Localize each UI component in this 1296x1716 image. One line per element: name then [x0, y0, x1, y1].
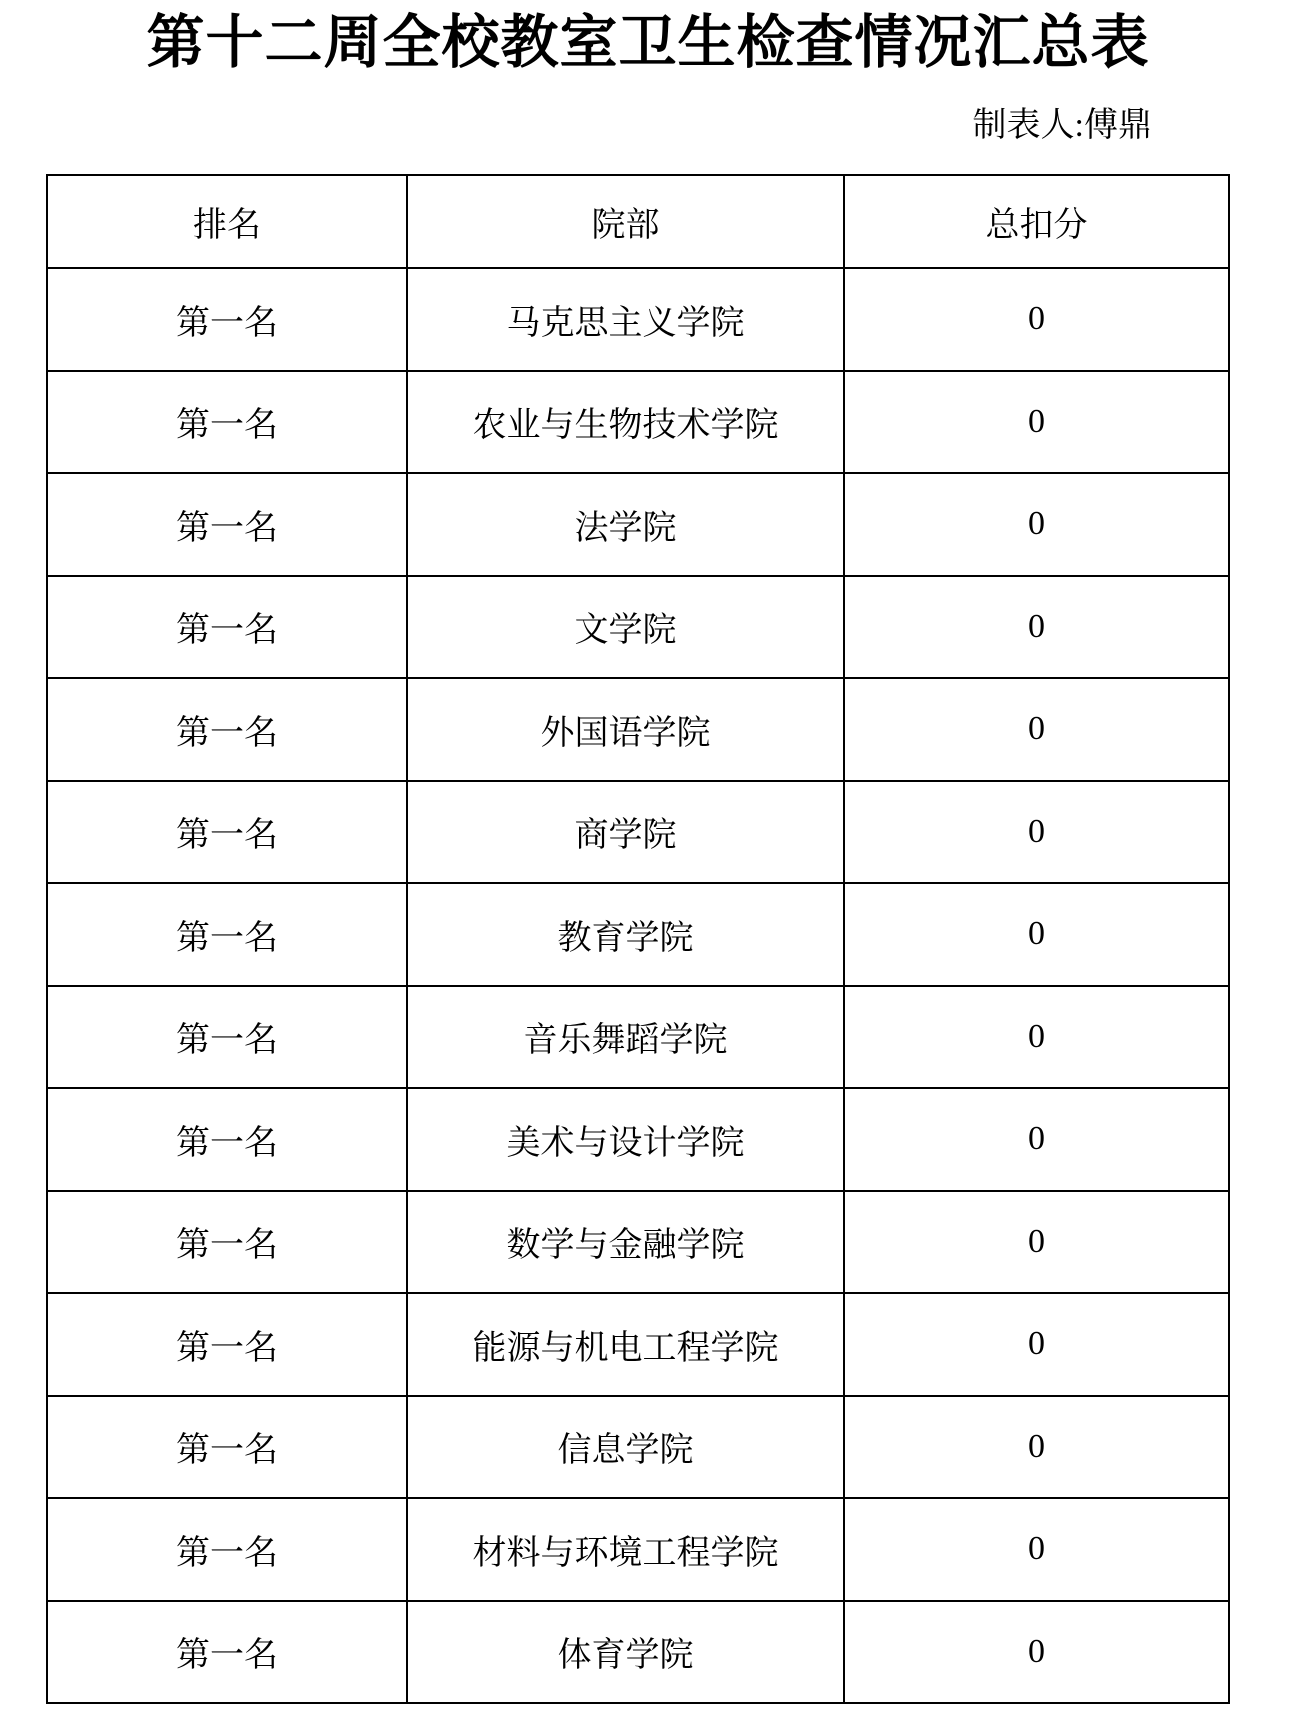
cell-department: 马克思主义学院 — [407, 268, 844, 371]
cell-department: 音乐舞蹈学院 — [407, 986, 844, 1089]
page-title: 第十二周全校教室卫生检查情况汇总表 — [0, 10, 1296, 77]
cell-deduction: 0 — [844, 576, 1229, 679]
cell-deduction: 0 — [844, 473, 1229, 576]
cell-department: 信息学院 — [407, 1396, 844, 1499]
column-header-deduction: 总扣分 — [844, 175, 1229, 268]
cell-rank: 第一名 — [47, 1088, 407, 1191]
column-header-rank: 排名 — [47, 175, 407, 268]
cell-department: 美术与设计学院 — [407, 1088, 844, 1191]
cell-department: 数学与金融学院 — [407, 1191, 844, 1294]
cell-rank: 第一名 — [47, 883, 407, 986]
table-row: 第一名能源与机电工程学院0 — [47, 1293, 1229, 1396]
table-row: 第一名农业与生物技术学院0 — [47, 371, 1229, 474]
cell-deduction: 0 — [844, 1293, 1229, 1396]
table-row: 第一名信息学院0 — [47, 1396, 1229, 1499]
cell-rank: 第一名 — [47, 576, 407, 679]
cell-deduction: 0 — [844, 1498, 1229, 1601]
hygiene-summary-table: 排名 院部 总扣分 第一名马克思主义学院0第一名农业与生物技术学院0第一名法学院… — [46, 174, 1230, 1704]
table-row: 第一名教育学院0 — [47, 883, 1229, 986]
cell-rank: 第一名 — [47, 781, 407, 884]
cell-deduction: 0 — [844, 1601, 1229, 1704]
table-header-row: 排名 院部 总扣分 — [47, 175, 1229, 268]
table-row: 第一名外国语学院0 — [47, 678, 1229, 781]
cell-deduction: 0 — [844, 268, 1229, 371]
cell-rank: 第一名 — [47, 1293, 407, 1396]
cell-department: 农业与生物技术学院 — [407, 371, 844, 474]
cell-rank: 第一名 — [47, 678, 407, 781]
table-row: 第一名马克思主义学院0 — [47, 268, 1229, 371]
cell-rank: 第一名 — [47, 268, 407, 371]
table-row: 第一名体育学院0 — [47, 1601, 1229, 1704]
cell-department: 材料与环境工程学院 — [407, 1498, 844, 1601]
cell-deduction: 0 — [844, 678, 1229, 781]
cell-department: 文学院 — [407, 576, 844, 679]
table-row: 第一名数学与金融学院0 — [47, 1191, 1229, 1294]
cell-department: 商学院 — [407, 781, 844, 884]
cell-deduction: 0 — [844, 1396, 1229, 1499]
cell-rank: 第一名 — [47, 986, 407, 1089]
cell-deduction: 0 — [844, 986, 1229, 1089]
cell-deduction: 0 — [844, 1191, 1229, 1294]
table-row: 第一名商学院0 — [47, 781, 1229, 884]
cell-deduction: 0 — [844, 883, 1229, 986]
cell-deduction: 0 — [844, 371, 1229, 474]
cell-rank: 第一名 — [47, 473, 407, 576]
table-row: 第一名法学院0 — [47, 473, 1229, 576]
author-line: 制表人:傅鼎 — [973, 106, 1152, 147]
cell-rank: 第一名 — [47, 1191, 407, 1294]
cell-rank: 第一名 — [47, 1498, 407, 1601]
cell-department: 外国语学院 — [407, 678, 844, 781]
cell-department: 体育学院 — [407, 1601, 844, 1704]
cell-department: 能源与机电工程学院 — [407, 1293, 844, 1396]
cell-rank: 第一名 — [47, 371, 407, 474]
table-row: 第一名美术与设计学院0 — [47, 1088, 1229, 1191]
table-body: 第一名马克思主义学院0第一名农业与生物技术学院0第一名法学院0第一名文学院0第一… — [47, 268, 1229, 1703]
cell-department: 法学院 — [407, 473, 844, 576]
cell-rank: 第一名 — [47, 1396, 407, 1499]
cell-deduction: 0 — [844, 781, 1229, 884]
table-row: 第一名文学院0 — [47, 576, 1229, 679]
table-row: 第一名音乐舞蹈学院0 — [47, 986, 1229, 1089]
cell-department: 教育学院 — [407, 883, 844, 986]
column-header-department: 院部 — [407, 175, 844, 268]
cell-deduction: 0 — [844, 1088, 1229, 1191]
cell-rank: 第一名 — [47, 1601, 407, 1704]
table-row: 第一名材料与环境工程学院0 — [47, 1498, 1229, 1601]
